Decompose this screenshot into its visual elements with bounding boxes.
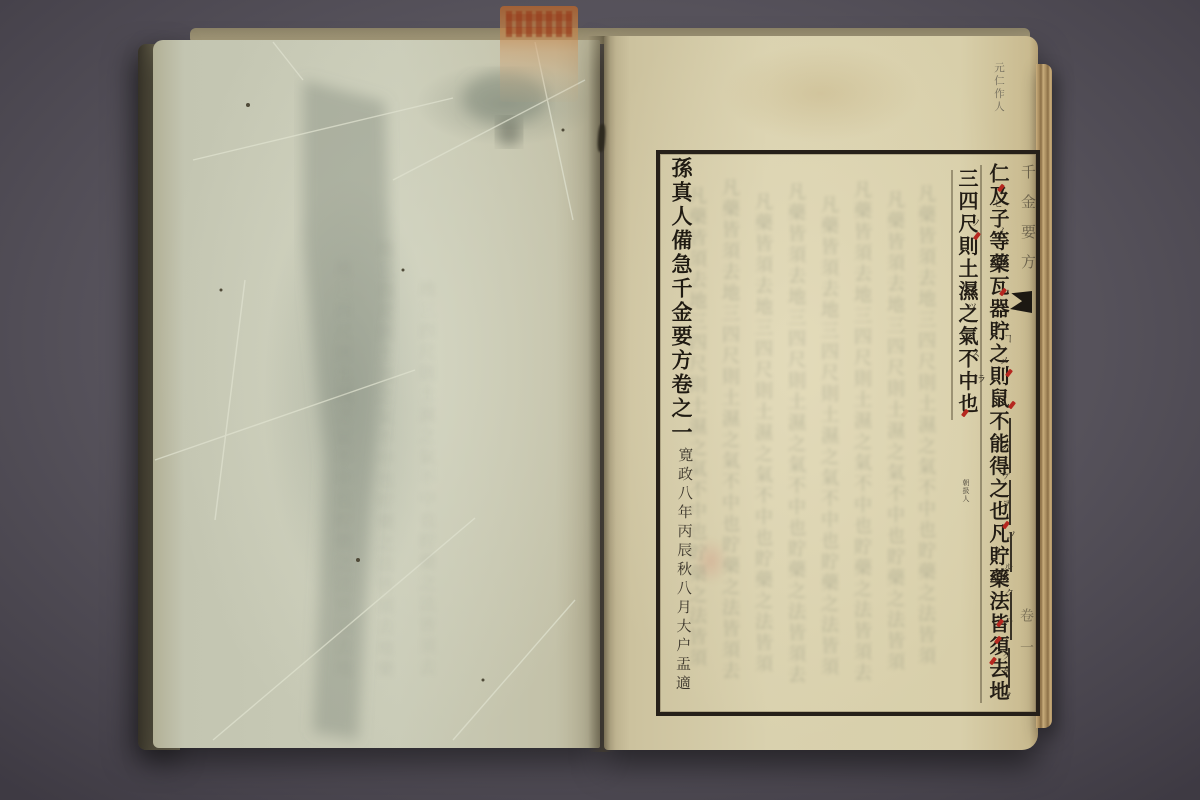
kunten-kana-gloss: ケ bbox=[1002, 665, 1011, 678]
kunten-kana-gloss: ク bbox=[1002, 649, 1011, 662]
kunten-kana-gloss: ヿ bbox=[1004, 332, 1013, 345]
kunten-kana-gloss: ソ bbox=[1007, 528, 1016, 541]
kunten-kana-gloss: ヒ bbox=[994, 197, 1003, 210]
kunten-kana-gloss: メ bbox=[1000, 354, 1009, 367]
kunten-dash-line bbox=[1010, 532, 1012, 572]
tape-label-faded-text bbox=[506, 11, 572, 37]
kunten-kana-gloss: ラ bbox=[977, 372, 986, 385]
kunten-kana-gloss: ヲ bbox=[1003, 689, 1012, 702]
tape-label bbox=[500, 6, 578, 102]
left-page-stains-and-creases bbox=[153, 40, 600, 748]
photograph-of-open-book: 孫真人備急千金要方卷之一 寛政八年丙辰秋八月大户盂適 元仁作人 朝扱人 千金要方… bbox=[0, 0, 1200, 800]
left-page-blank bbox=[153, 40, 600, 748]
main-text-column: 三四尺則土濕之氣不中也 bbox=[951, 168, 981, 430]
volume-end-title: 孫真人備急千金要方卷之一 bbox=[660, 157, 696, 457]
kunten-kana-gloss: ス bbox=[971, 347, 980, 360]
kunten-dash-line bbox=[1008, 648, 1010, 688]
kunten-dash-line bbox=[1009, 418, 1011, 473]
kunten-kana-gloss: ハ bbox=[1004, 613, 1013, 626]
handwritten-colophon: 寛政八年丙辰秋八月大户盂適 bbox=[665, 447, 696, 709]
kunten-kana-gloss: ル bbox=[1004, 560, 1013, 573]
kunten-kana-gloss: ノ bbox=[972, 216, 981, 229]
kunten-dash-line bbox=[1010, 592, 1012, 640]
kunten-kana-gloss: ツ bbox=[968, 300, 977, 313]
kunten-dash-line bbox=[1009, 480, 1011, 525]
marginal-note: 元仁作人 bbox=[991, 62, 1006, 124]
interlinear-note: 朝扱人 bbox=[961, 479, 971, 503]
fold-line-title: 千金要方 bbox=[1017, 164, 1038, 284]
fold-line-volume-number: 卷一 bbox=[1015, 608, 1035, 672]
main-text-column: 仁及子等藥瓦器貯之則鼠不能得之也凡貯藥法皆須去地 bbox=[982, 163, 1012, 711]
kunten-kana-gloss: ノ bbox=[997, 224, 1006, 237]
